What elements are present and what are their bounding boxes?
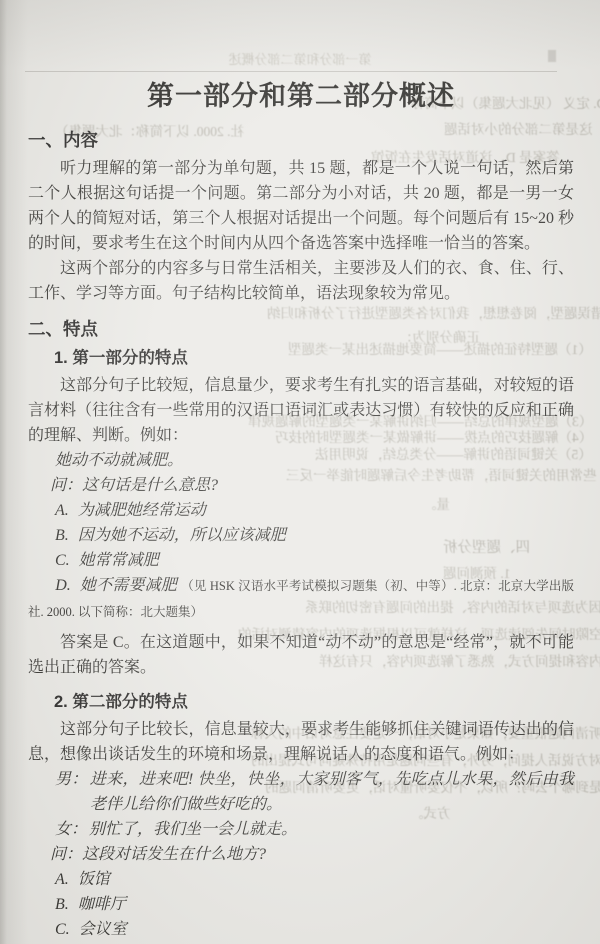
option-label: B. bbox=[55, 896, 69, 913]
option-text: 饭馆 bbox=[78, 871, 110, 888]
option-line: A.为减肥她经常运动 bbox=[55, 498, 574, 523]
section-heading-features: 二、特点 bbox=[28, 318, 574, 340]
paragraph: 这两个部分的内容多与日常生活相关，主要涉及人们的衣、食、住、行、工作、学习等方面… bbox=[28, 256, 574, 306]
option-text: 会议室 bbox=[79, 921, 127, 938]
subsection-heading-part2: 2. 第二部分的特点 bbox=[54, 692, 574, 713]
scanned-book-page: 第一部分和第二部分概述 D. 定义 （见北大题集）以下简称 社. 2000. 以… bbox=[0, 0, 600, 944]
dialog-line: 女：别忙了，我们坐一会儿就走。 bbox=[55, 817, 574, 842]
option-line: B.因为她不运动，所以应该减肥 bbox=[55, 523, 574, 548]
paragraph: 这部分句子比较长，信息量较大，要求考生能够抓住关键词语传达出的信息，想像出谈话发… bbox=[28, 717, 574, 767]
page-title: 第一部分和第二部分概述 bbox=[28, 78, 574, 114]
option-line: A.饭馆 bbox=[55, 867, 574, 892]
option-text: 她常常减肥 bbox=[79, 552, 159, 569]
option-label: C. bbox=[55, 552, 70, 569]
option-text: 咖啡厅 bbox=[78, 896, 126, 913]
option-text: 为减肥她经常运动 bbox=[78, 502, 206, 519]
dialog-text: 别忙了，我们坐一会儿就走。 bbox=[89, 821, 297, 838]
option-label: B. bbox=[55, 527, 69, 544]
dialog-text: 进来，进来吧! 快坐，快坐，大家别客气，先吃点儿水果，然后由我老伴儿给你们做些好… bbox=[90, 771, 574, 813]
subsection-heading-part1: 1. 第一部分的特点 bbox=[54, 348, 574, 369]
option-label: A. bbox=[55, 502, 69, 519]
option-line: D.她不需要减肥 （见 HSK 汉语水平考试模拟习题集（初、中等）. 北京：北京… bbox=[28, 573, 574, 625]
option-line: B.咖啡厅 bbox=[55, 892, 574, 917]
page-content: 第一部分和第二部分概述 一、内容 听力理解的第一部分为单句题，共 15 题，都是… bbox=[28, 0, 574, 942]
paragraph: 听力理解的第一部分为单句题，共 15 题，都是一个人说一句话，然后第二个人根据这… bbox=[28, 156, 574, 256]
question-line: 问：这段对话发生在什么地方? bbox=[50, 842, 574, 867]
option-line: C.她常常减肥 bbox=[55, 548, 574, 573]
option-line: C.会议室 bbox=[55, 917, 574, 942]
example-sentence: 她动不动就减肥。 bbox=[55, 448, 574, 473]
option-label: C. bbox=[55, 921, 70, 938]
section-heading-content: 一、内容 bbox=[28, 129, 574, 151]
option-label: D. bbox=[55, 577, 71, 594]
option-text: 因为她不运动，所以应该减肥 bbox=[78, 527, 286, 544]
option-label: A. bbox=[55, 871, 69, 888]
speaker-label: 女： bbox=[55, 821, 87, 838]
dialog-line: 男：进来，进来吧! 快坐，快坐，大家别客气，先吃点儿水果，然后由我老伴儿给你们做… bbox=[55, 767, 574, 817]
question-line: 问：这句话是什么意思? bbox=[50, 473, 574, 498]
speaker-label: 男： bbox=[55, 771, 88, 788]
answer-paragraph: 答案是 C。在这道题中，如果不知道“动不动”的意思是“经常”，就不可能选出正确的… bbox=[28, 630, 574, 680]
option-text: 她不需要减肥 bbox=[80, 577, 177, 594]
paragraph: 这部分句子比较短，信息量少，要求考生有扎实的语言基础，对较短的语言材料（往往含有… bbox=[28, 373, 574, 448]
